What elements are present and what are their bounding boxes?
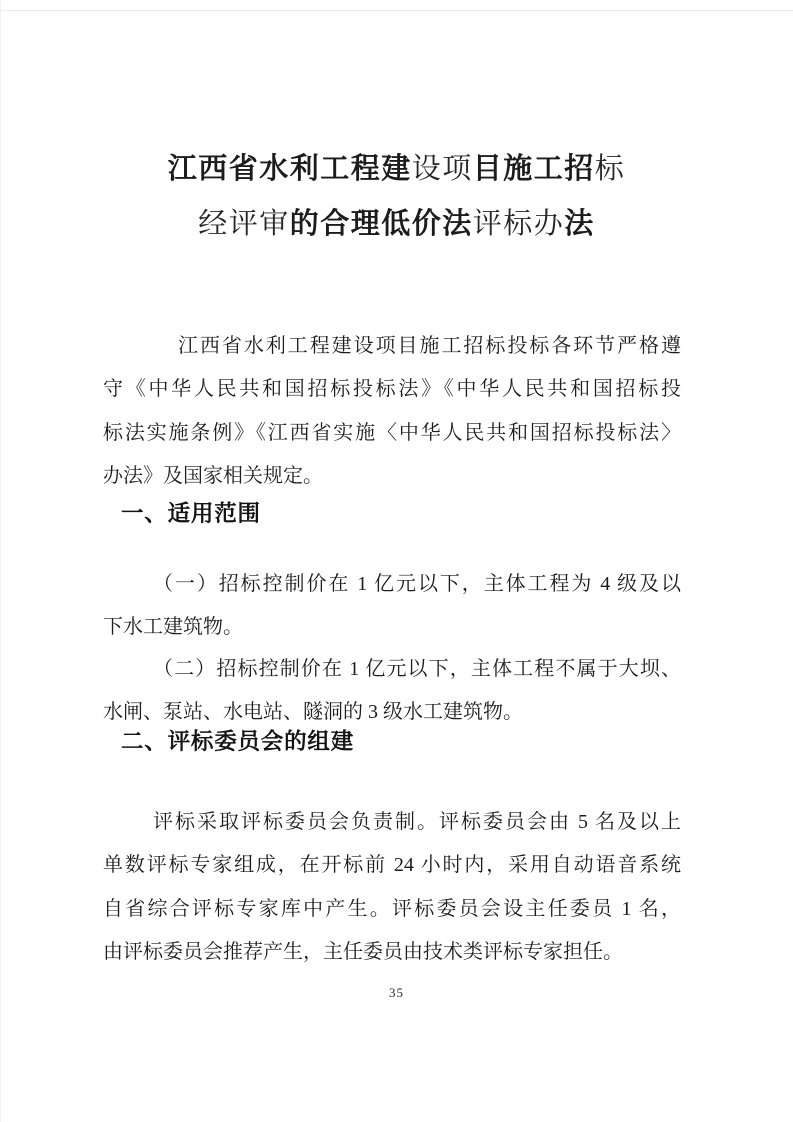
title-segment: 江西省水利工程建 (168, 153, 412, 185)
paragraph: 评标采取评标委员会负责制。评标委员会由 5 名及以上单数评标专家组成，在开标前 … (103, 801, 681, 974)
text-line: （二）招标控制价在 1 亿元以下，主体工程不属于大坝、 (103, 648, 681, 691)
title-segment: 评标办 (473, 208, 565, 240)
paragraph: 江西省水利工程建设项目施工招标投标各环节严格遵守《中华人民共和国招标投标法》《中… (103, 325, 681, 498)
text-line: 自省综合评标专家库中产生。评标委员会设主任委员 1 名， (103, 888, 681, 931)
scan-edge-line (0, 10, 793, 11)
text-line: 由评标委员会推荐产生，主任委员由技术类评标专家担任。 (103, 931, 681, 974)
text-line: 评标采取评标委员会负责制。评标委员会由 5 名及以上 (103, 801, 681, 844)
text-line: 守《中华人民共和国招标投标法》《中华人民共和国招标投 (103, 368, 681, 411)
text-line: 标法实施条例》《江西省实施〈中华人民共和国招标投标法〉 (103, 412, 681, 455)
page-number: 35 (0, 984, 793, 1002)
paragraph: （一）招标控制价在 1 亿元以下，主体工程为 4 级及以下水工建筑物。 (103, 563, 681, 650)
section-heading: 二、评标委员会的组建 (121, 725, 354, 759)
title-line: 江西省水利工程建设项目施工招标 (0, 142, 793, 197)
title-segment: 法 (564, 208, 595, 240)
title-segment: 设项 (412, 153, 473, 185)
title-line: 经评审的合理低价法评标办法 (0, 197, 793, 252)
title-segment: 的合理低价法 (290, 208, 473, 240)
title-segment: 目施工招 (473, 153, 595, 185)
paragraph: （二）招标控制价在 1 亿元以下，主体工程不属于大坝、水闸、泵站、水电站、隧洞的… (103, 648, 681, 735)
text-line: 江西省水利工程建设项目施工招标投标各环节严格遵 (103, 325, 681, 368)
text-line: 办法》及国家相关规定。 (103, 455, 681, 498)
text-line: 单数评标专家组成，在开标前 24 小时内，采用自动语音系统 (103, 844, 681, 887)
text-line: 下水工建筑物。 (103, 606, 681, 649)
document-page: 江西省水利工程建设项目施工招标经评审的合理低价法评标办法 江西省水利工程建设项目… (0, 0, 793, 1122)
document-title: 江西省水利工程建设项目施工招标经评审的合理低价法评标办法 (0, 142, 793, 252)
section-heading: 一、适用范围 (121, 497, 261, 531)
text-line: （一）招标控制价在 1 亿元以下，主体工程为 4 级及以 (103, 563, 681, 606)
title-segment: 标 (595, 153, 626, 185)
title-segment: 经评审 (198, 208, 290, 240)
